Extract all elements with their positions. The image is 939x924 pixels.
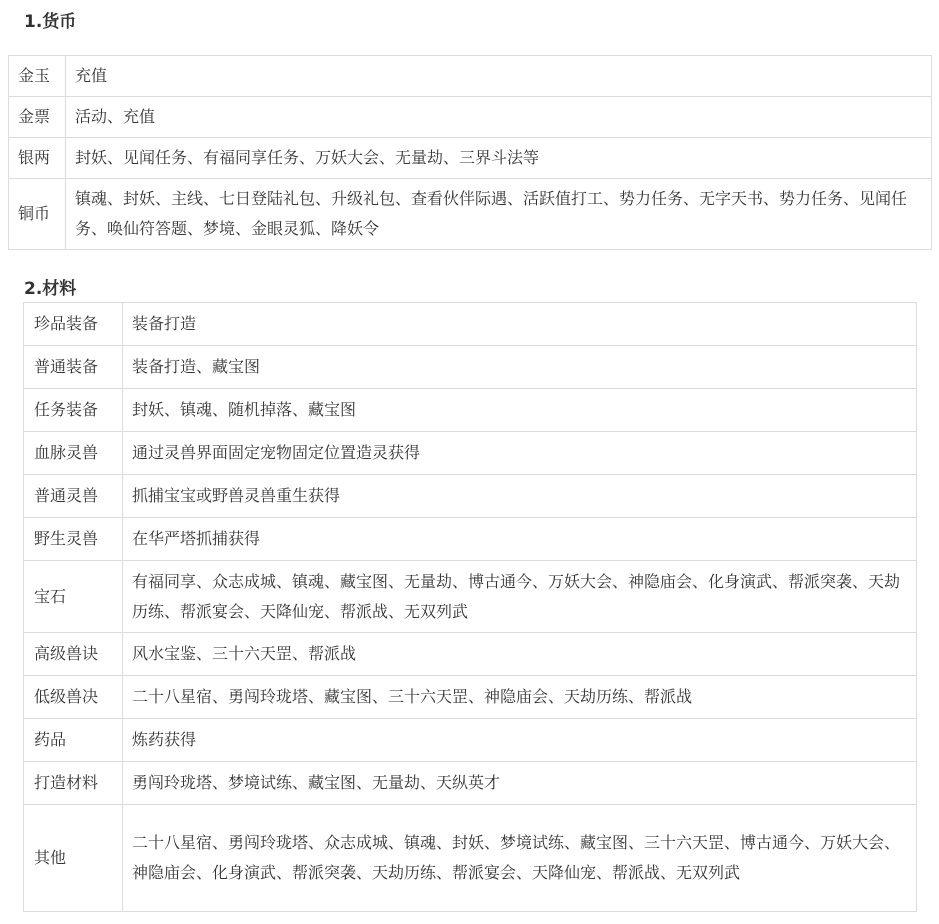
row-value: 二十八星宿、勇闯玲珑塔、众志成城、镇魂、封妖、梦境试练、藏宝图、三十六天罡、博古…	[123, 805, 917, 912]
currency-table: 金玉 充值 金票 活动、充值 银两 封妖、见闻任务、有福同享任务、万妖大会、无量…	[8, 55, 932, 250]
row-key: 血脉灵兽	[24, 432, 123, 475]
row-key: 宝石	[24, 561, 123, 633]
row-key: 药品	[24, 719, 123, 762]
row-value: 通过灵兽界面固定宠物固定位置造灵获得	[123, 432, 917, 475]
row-value: 活动、充值	[66, 97, 932, 138]
table-row: 金票 活动、充值	[9, 97, 932, 138]
table-row: 任务装备 封妖、镇魂、随机掉落、藏宝图	[24, 389, 917, 432]
row-key: 低级兽决	[24, 676, 123, 719]
table-row: 其他 二十八星宿、勇闯玲珑塔、众志成城、镇魂、封妖、梦境试练、藏宝图、三十六天罡…	[24, 805, 917, 912]
row-value: 抓捕宝宝或野兽灵兽重生获得	[123, 475, 917, 518]
section-heading-materials: 2.材料	[24, 274, 76, 299]
table-row: 金玉 充值	[9, 56, 932, 97]
row-value: 炼药获得	[123, 719, 917, 762]
materials-table: 珍品装备 装备打造 普通装备 装备打造、藏宝图 任务装备 封妖、镇魂、随机掉落、…	[23, 302, 917, 912]
row-value: 封妖、镇魂、随机掉落、藏宝图	[123, 389, 917, 432]
table-row: 高级兽诀 风水宝鉴、三十六天罡、帮派战	[24, 633, 917, 676]
row-value: 二十八星宿、勇闯玲珑塔、藏宝图、三十六天罡、神隐庙会、天劫历练、帮派战	[123, 676, 917, 719]
table-row: 低级兽决 二十八星宿、勇闯玲珑塔、藏宝图、三十六天罡、神隐庙会、天劫历练、帮派战	[24, 676, 917, 719]
table-row: 珍品装备 装备打造	[24, 303, 917, 346]
table-row: 血脉灵兽 通过灵兽界面固定宠物固定位置造灵获得	[24, 432, 917, 475]
row-key: 银两	[9, 138, 66, 179]
table-row: 药品 炼药获得	[24, 719, 917, 762]
table-row: 宝石 有福同享、众志成城、镇魂、藏宝图、无量劫、博古通今、万妖大会、神隐庙会、化…	[24, 561, 917, 633]
row-value: 有福同享、众志成城、镇魂、藏宝图、无量劫、博古通今、万妖大会、神隐庙会、化身演武…	[123, 561, 917, 633]
row-key: 金玉	[9, 56, 66, 97]
table-row: 普通装备 装备打造、藏宝图	[24, 346, 917, 389]
table-row: 银两 封妖、见闻任务、有福同享任务、万妖大会、无量劫、三界斗法等	[9, 138, 932, 179]
section-heading-currency: 1.货币	[24, 7, 76, 32]
row-value: 充值	[66, 56, 932, 97]
row-key: 任务装备	[24, 389, 123, 432]
row-value: 封妖、见闻任务、有福同享任务、万妖大会、无量劫、三界斗法等	[66, 138, 932, 179]
table-row: 打造材料 勇闯玲珑塔、梦境试练、藏宝图、无量劫、天纵英才	[24, 762, 917, 805]
row-value: 风水宝鉴、三十六天罡、帮派战	[123, 633, 917, 676]
table-row: 普通灵兽 抓捕宝宝或野兽灵兽重生获得	[24, 475, 917, 518]
row-value: 镇魂、封妖、主线、七日登陆礼包、升级礼包、查看伙伴际遇、活跃值打工、势力任务、无…	[66, 179, 932, 250]
row-key: 打造材料	[24, 762, 123, 805]
row-value: 装备打造	[123, 303, 917, 346]
row-value: 装备打造、藏宝图	[123, 346, 917, 389]
row-value: 勇闯玲珑塔、梦境试练、藏宝图、无量劫、天纵英才	[123, 762, 917, 805]
table-row: 野生灵兽 在华严塔抓捕获得	[24, 518, 917, 561]
row-key: 野生灵兽	[24, 518, 123, 561]
row-key: 金票	[9, 97, 66, 138]
table-row: 铜币 镇魂、封妖、主线、七日登陆礼包、升级礼包、查看伙伴际遇、活跃值打工、势力任…	[9, 179, 932, 250]
row-key: 其他	[24, 805, 123, 912]
row-key: 珍品装备	[24, 303, 123, 346]
row-value: 在华严塔抓捕获得	[123, 518, 917, 561]
row-key: 普通灵兽	[24, 475, 123, 518]
row-key: 普通装备	[24, 346, 123, 389]
row-key: 高级兽诀	[24, 633, 123, 676]
row-key: 铜币	[9, 179, 66, 250]
